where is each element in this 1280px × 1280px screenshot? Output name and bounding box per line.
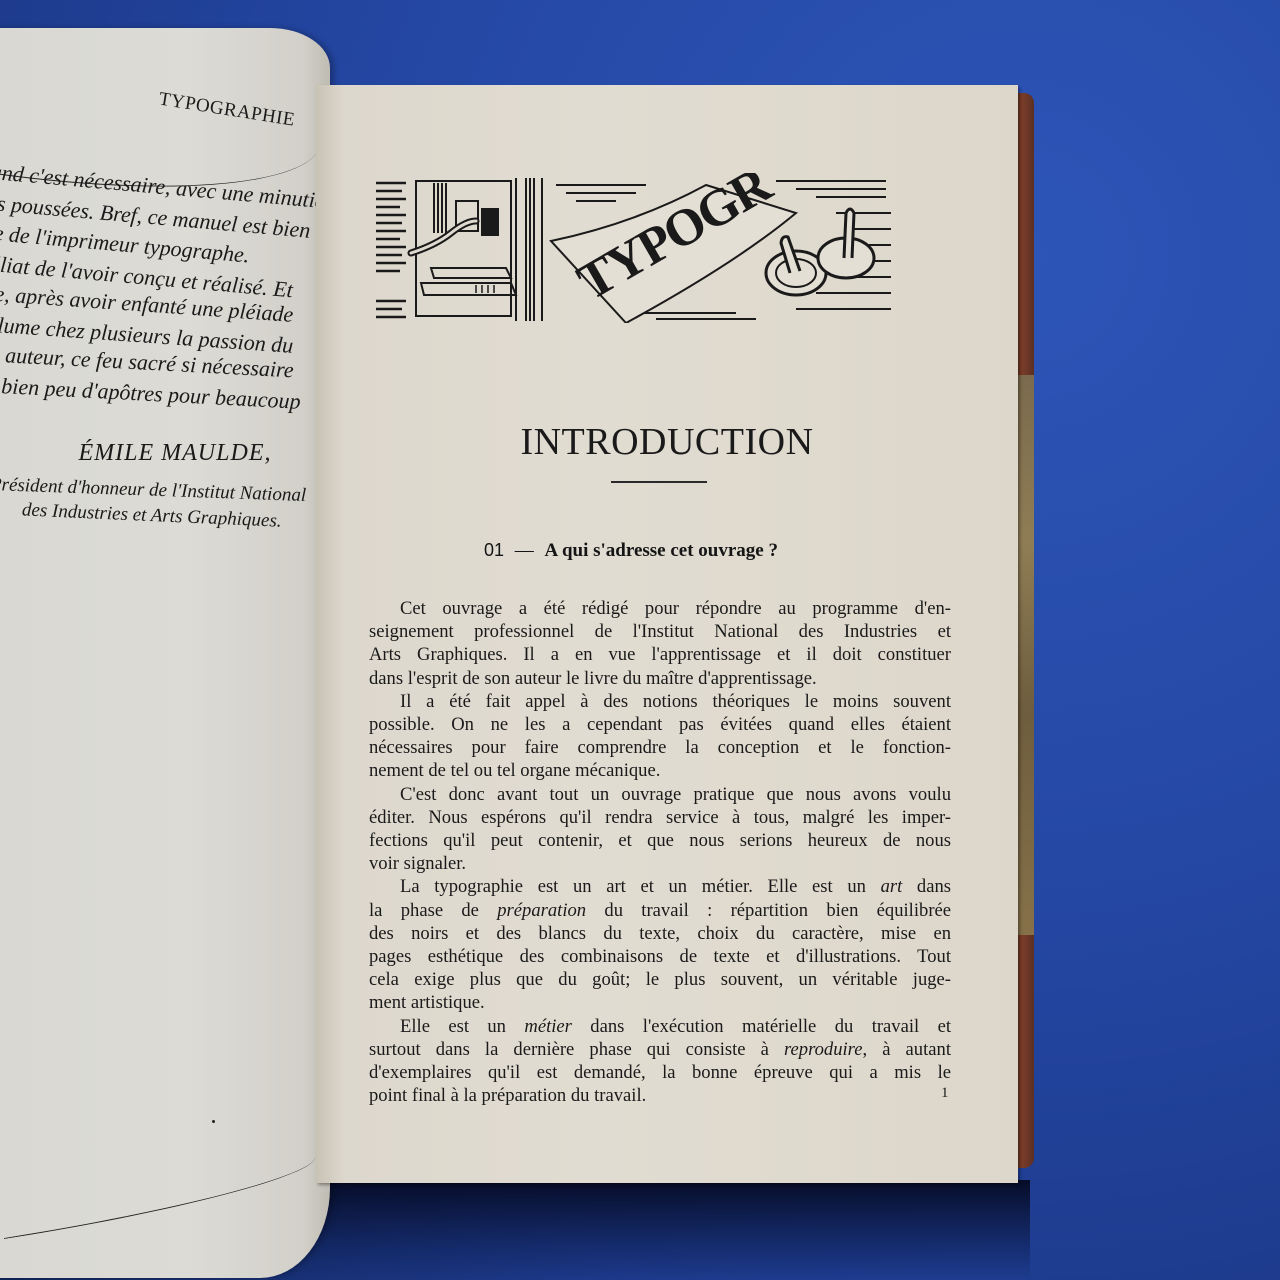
signature-block: ÉMILE MAULDE, Président d'honneur de l'I… [0, 440, 310, 521]
text-line: C'est donc avant tout un ouvrage pratiqu… [369, 783, 951, 806]
text-line: Elle est un métier dans l'exécution maté… [369, 1015, 951, 1038]
paragraph: Cet ouvrage a été rédigé pour répondre a… [369, 597, 951, 690]
text-line: cela exige plus que du goût; le plus sou… [369, 968, 951, 991]
text-line: des noirs et des blancs du texte, choix … [369, 922, 951, 945]
text-line: surtout dans la dernière phase qui consi… [369, 1038, 951, 1061]
text-line: dans l'esprit de son auteur le livre du … [369, 667, 951, 690]
emphasis: préparation [497, 900, 586, 921]
text-line: éditer. Nous espérons qu'il rendra servi… [369, 806, 951, 829]
section-title: A qui s'adresse cet ouvrage ? [545, 540, 778, 561]
page-title: INTRODUCTION [316, 420, 1018, 464]
title-rule [611, 481, 707, 483]
emphasis: art [881, 876, 903, 897]
paragraph: La typographie est un art et un métier. … [369, 875, 951, 1014]
text-line: fections qu'il peut contenir, et que nou… [369, 829, 951, 852]
page-number: 1 [941, 1085, 949, 1102]
left-page: TYPOGRAPHIE uand c'est nécessaire, avec … [0, 28, 330, 1278]
paragraph: C'est donc avant tout un ouvrage pratiqu… [369, 783, 951, 876]
text-line: nement de tel ou tel organe mécanique. [369, 759, 951, 782]
typography-banner-illustration: TYPOGR [376, 173, 896, 323]
author-name: ÉMILE MAULDE, [0, 440, 310, 467]
footer-rule [0, 1109, 320, 1239]
paragraph: Il a été fait appel à des notions théori… [369, 690, 951, 783]
text-line: Cet ouvrage a été rédigé pour répondre a… [369, 597, 951, 620]
right-page: TYPOGR INTRODUCTION 01 — A qui s'adresse… [316, 85, 1018, 1183]
paragraph: Elle est un métier dans l'exécution maté… [369, 1015, 951, 1108]
text-line: d'exemplaires qu'il est demandé, la bonn… [369, 1061, 951, 1084]
text-line: possible. On ne les a cependant pas évit… [369, 713, 951, 736]
text-line: la phase de préparation du travail : rép… [369, 899, 951, 922]
text-line: Il a été fait appel à des notions théori… [369, 690, 951, 713]
section-dash: — [515, 540, 534, 561]
text-line: Arts Graphiques. Il a en vue l'apprentis… [369, 643, 951, 666]
emphasis: métier [524, 1016, 572, 1037]
text-line: La typographie est un art et un métier. … [369, 875, 951, 898]
text-line: nécessaires pour faire comprendre la con… [369, 736, 951, 759]
text-line: ment artistique. [369, 991, 951, 1014]
section-heading: 01 — A qui s'adresse cet ouvrage ? [484, 540, 778, 562]
printing-press-illustration-icon: TYPOGR [376, 173, 896, 323]
text-line: voir signaler. [369, 852, 951, 875]
text-line: point final à la préparation du travail. [369, 1084, 951, 1107]
section-number: 01 [484, 540, 504, 560]
body-text: Cet ouvrage a été rédigé pour répondre a… [369, 597, 951, 1107]
text-line: pages esthétique des combinaisons de tex… [369, 945, 951, 968]
emphasis: reproduire [784, 1039, 863, 1060]
left-page-text: uand c'est nécessaire, avec une minutie … [0, 156, 320, 400]
text-line: seignement professionnel de l'Institut N… [369, 620, 951, 643]
